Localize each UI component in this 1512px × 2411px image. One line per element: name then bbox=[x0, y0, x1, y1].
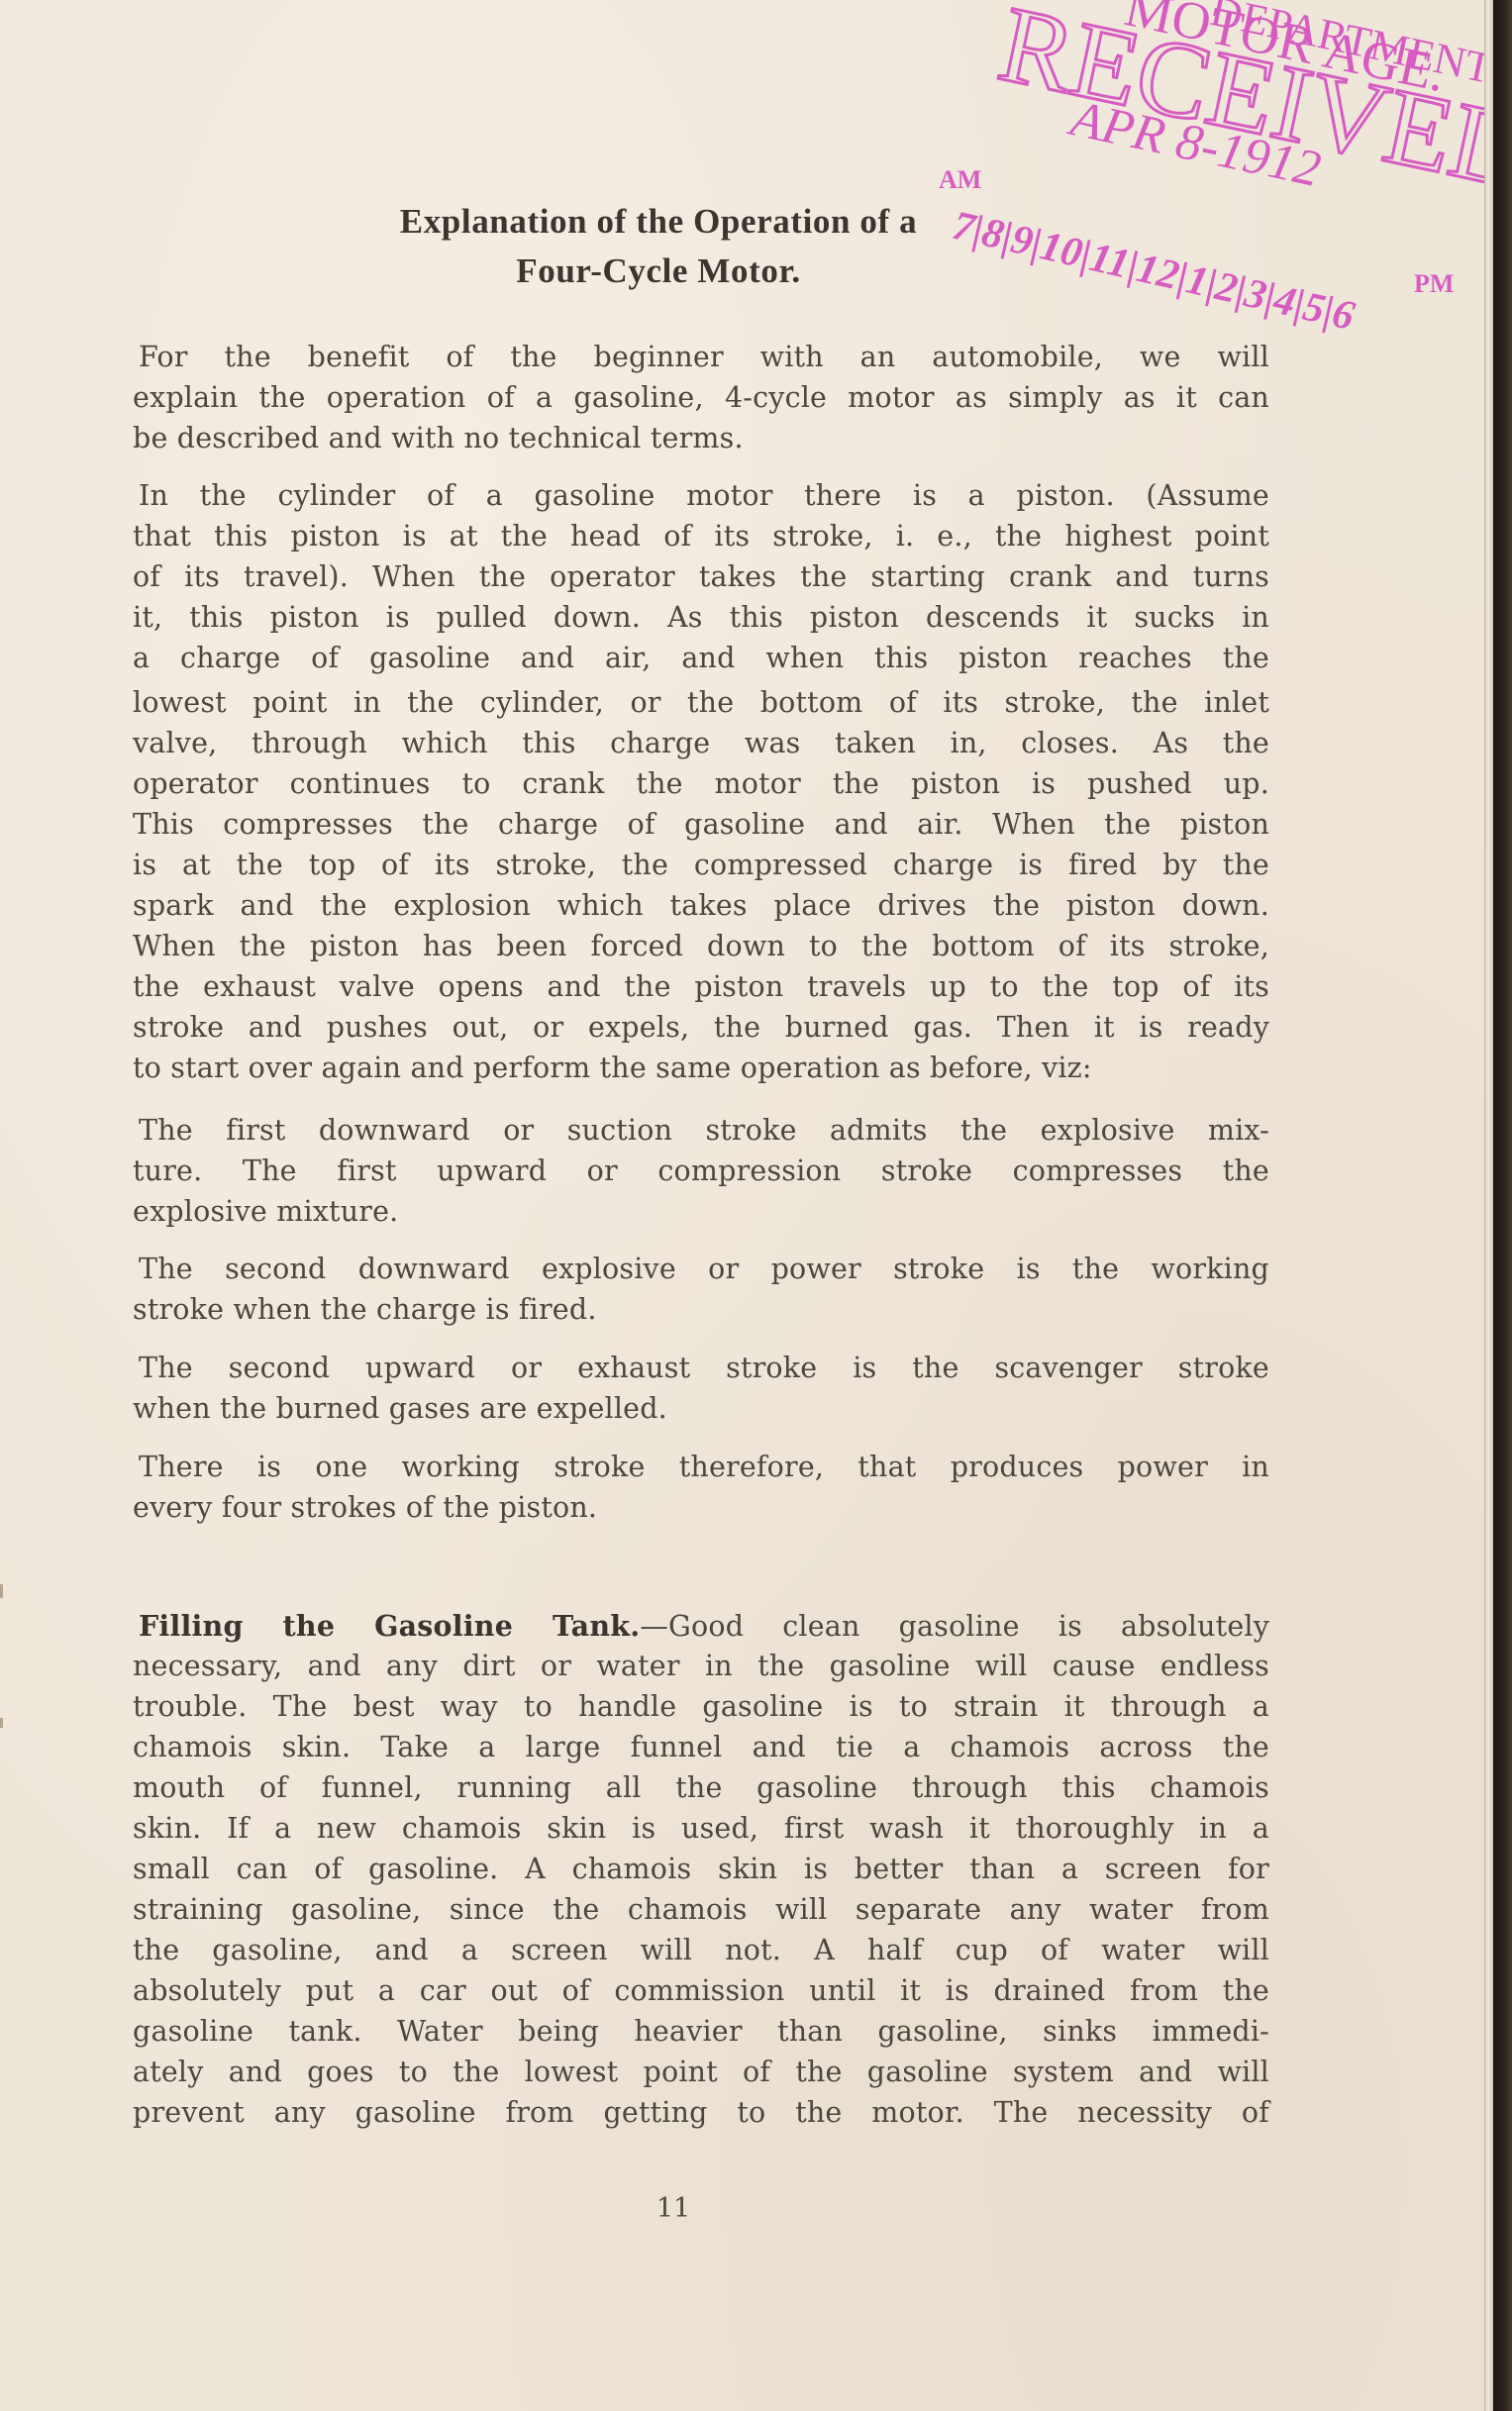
text-line: The first downward or suction stroke adm… bbox=[139, 1111, 1269, 1151]
text-line: stroke when the charge is fired. bbox=[133, 1290, 1269, 1330]
text-line: every four strokes of the piston. bbox=[133, 1488, 1269, 1528]
section-heading: Filling the Gasoline Tank. bbox=[139, 1609, 640, 1643]
gutter-mark bbox=[0, 1718, 3, 1728]
text-line: the gasoline, and a screen will not. A h… bbox=[133, 1931, 1269, 1970]
text-line: This compresses the charge of gasoline a… bbox=[133, 805, 1269, 845]
text-line: gasoline tank. Water being heavier than … bbox=[133, 2012, 1269, 2052]
page-number: 11 bbox=[0, 2193, 1347, 2224]
text-line: explain the operation of a gasoline, 4-c… bbox=[133, 378, 1269, 418]
text-line: is at the top of its stroke, the compres… bbox=[133, 846, 1269, 885]
section-heading-line: Filling the Gasoline Tank.—Good clean ga… bbox=[139, 1606, 1269, 1647]
text-line: explosive mixture. bbox=[133, 1192, 1269, 1232]
text-line: mouth of funnel, running all the gasolin… bbox=[133, 1768, 1269, 1808]
text-line: ately and goes to the lowest point of th… bbox=[133, 2053, 1269, 2092]
text-line: skin. If a new chamois skin is used, fir… bbox=[133, 1809, 1269, 1849]
text-line: to start over again and perform the same… bbox=[133, 1049, 1269, 1088]
book-page: Explanation of the Operation of a Four-C… bbox=[0, 0, 1493, 2411]
text-line: trouble. The best way to handle gasoline… bbox=[133, 1687, 1269, 1727]
text-line: In the cylinder of a gasoline motor ther… bbox=[139, 476, 1269, 516]
text-line: The second downward explosive or power s… bbox=[139, 1250, 1269, 1289]
text-line: when the burned gases are expelled. bbox=[133, 1389, 1269, 1429]
text-line: that this piston is at the head of its s… bbox=[133, 517, 1269, 556]
text-line: be described and with no technical terms… bbox=[133, 419, 1269, 458]
page-title-line-1: Explanation of the Operation of a bbox=[0, 200, 1317, 244]
page-edge bbox=[1484, 0, 1493, 2411]
page-title-line-2: Four-Cycle Motor. bbox=[0, 250, 1317, 293]
text-line: small can of gasoline. A chamois skin is… bbox=[133, 1850, 1269, 1889]
text-line: There is one working stroke therefore, t… bbox=[139, 1448, 1269, 1487]
text-line: stroke and pushes out, or expels, the bu… bbox=[133, 1008, 1269, 1048]
text-line: straining gasoline, since the chamois wi… bbox=[133, 1890, 1269, 1930]
text-line: When the piston has been forced down to … bbox=[133, 927, 1269, 966]
text-line: operator continues to crank the motor th… bbox=[133, 764, 1269, 804]
book-binding bbox=[1493, 0, 1512, 2411]
text-line: ture. The first upward or compression st… bbox=[133, 1152, 1269, 1191]
text-line: of its travel). When the operator takes … bbox=[133, 557, 1269, 597]
text-line: a charge of gasoline and air, and when t… bbox=[133, 639, 1269, 678]
text-line: spark and the explosion which takes plac… bbox=[133, 886, 1269, 926]
gutter-mark bbox=[0, 1584, 3, 1598]
text-line: it, this piston is pulled down. As this … bbox=[133, 598, 1269, 638]
text-fragment: —Good clean gasoline is absolutely bbox=[640, 1610, 1269, 1643]
text-line: necessary, and any dirt or water in the … bbox=[133, 1647, 1269, 1686]
text-line: The second upward or exhaust stroke is t… bbox=[139, 1349, 1269, 1388]
text-line: lowest point in the cylinder, or the bot… bbox=[133, 683, 1269, 723]
text-line: valve, through which this charge was tak… bbox=[133, 724, 1269, 763]
text-line: For the benefit of the beginner with an … bbox=[139, 338, 1269, 377]
text-line: chamois skin. Take a large funnel and ti… bbox=[133, 1728, 1269, 1767]
text-line: the exhaust valve opens and the piston t… bbox=[133, 967, 1269, 1007]
text-line: prevent any gasoline from getting to the… bbox=[133, 2093, 1269, 2133]
text-line: absolutely put a car out of commission u… bbox=[133, 1971, 1269, 2011]
